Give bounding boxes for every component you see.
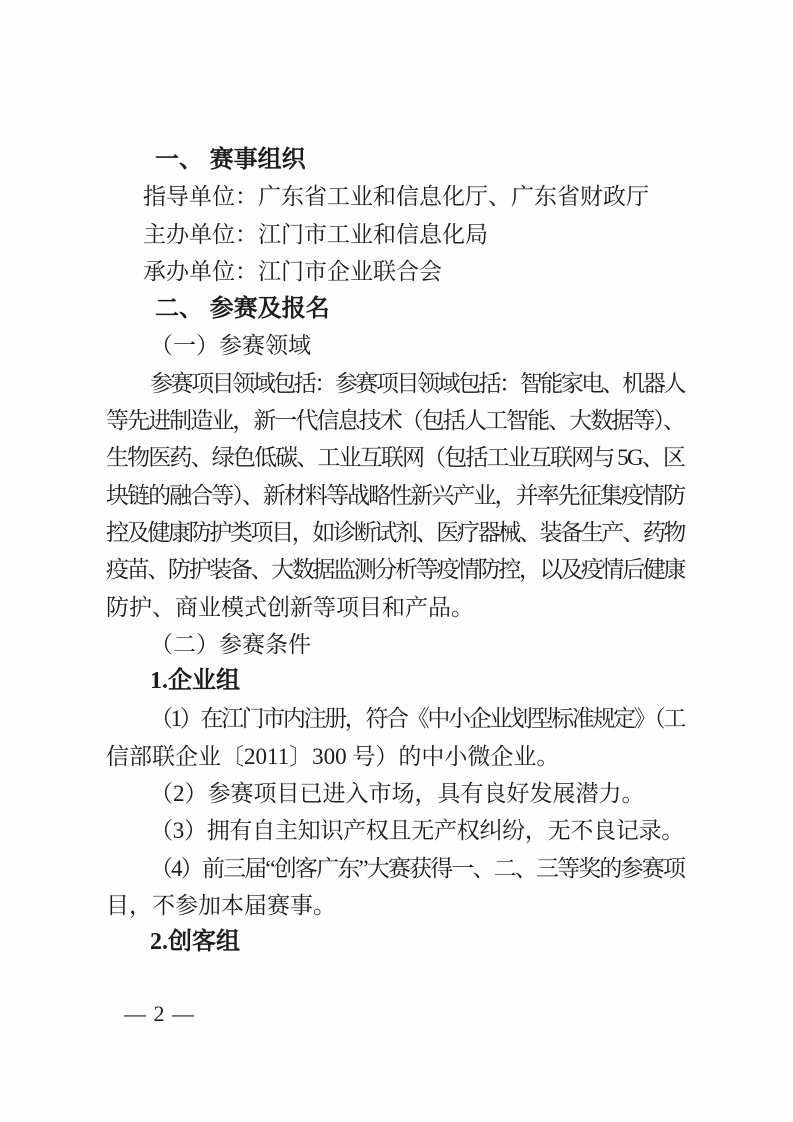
text-line-content: 控及健康防护类项目，如诊断试剂、医疗器械、装备生产、药物: [106, 514, 684, 551]
heading-text: 二、 参赛及报名: [155, 290, 330, 327]
guiding-unit-line: 指导单位：广东省工业和信息化厅、广东省财政厅: [106, 178, 684, 215]
page-number: — 2 —: [124, 1000, 195, 1028]
text-line-content: （1）在江门市内注册，符合《中小企业划型标准规定》（工: [150, 700, 684, 737]
text-line-content: 块链的融合等）、新材料等战略性新兴产业，并率先征集疫情防: [106, 477, 684, 514]
text-line: 目，不参加本届赛事。: [106, 887, 684, 924]
text-line: 控及健康防护类项目，如诊断试剂、医疗器械、装备生产、药物: [106, 514, 684, 551]
heading-text: （一）参赛领域: [150, 327, 311, 364]
text-line: 等先进制造业，新一代信息技术（包括人工智能、大数据等）、: [106, 402, 684, 439]
text-line-content: 疫苗、防护装备、大数据监测分析等疫情防控，以及疫情后健康: [106, 551, 684, 588]
condition-item-1: （1）在江门市内注册，符合《中小企业划型标准规定》（工信部联企业〔2011〕30…: [106, 700, 684, 775]
text-line: 块链的融合等）、新材料等战略性新兴产业，并率先征集疫情防: [106, 477, 684, 514]
text-line: 防护、商业模式创新等项目和产品。: [106, 589, 684, 626]
heading-text: 指导单位：广东省工业和信息化厅、广东省财政厅: [143, 178, 649, 215]
text-line: 参赛项目领域包括：参赛项目领域包括：智能家电、机器人: [106, 365, 684, 402]
heading-text: 一、 赛事组织: [155, 141, 306, 178]
text-line: （1）在江门市内注册，符合《中小企业划型标准规定》（工: [106, 700, 684, 737]
text-line: 生物医药、绿色低碳、工业互联网（包括工业互联网与 5G、区: [106, 439, 684, 476]
document-content: 一、 赛事组织指导单位：广东省工业和信息化厅、广东省财政厅主办单位：江门市工业和…: [106, 141, 684, 962]
text-line: （4）前三届“创客广东”大赛获得一、二、三等奖的参赛项: [106, 850, 684, 887]
text-line: （2）参赛项目已进入市场，具有良好发展潜力。: [106, 775, 684, 812]
heading-text: 承办单位：江门市企业联合会: [143, 253, 442, 290]
heading-text: 1.企业组: [150, 663, 240, 700]
text-line-content: 信部联企业〔2011〕300 号）的中小微企业。: [106, 738, 559, 775]
text-line-content: 目，不参加本届赛事。: [106, 887, 336, 924]
host-unit-line: 主办单位：江门市工业和信息化局: [106, 216, 684, 253]
document-page: 一、 赛事组织指导单位：广东省工业和信息化厅、广东省财政厅主办单位：江门市工业和…: [0, 0, 793, 1122]
text-line-content: 生物医药、绿色低碳、工业互联网（包括工业互联网与 5G、区: [106, 439, 684, 476]
fields-paragraph: 参赛项目领域包括：参赛项目领域包括：智能家电、机器人等先进制造业，新一代信息技术…: [106, 365, 684, 626]
text-line-content: （4）前三届“创客广东”大赛获得一、二、三等奖的参赛项: [150, 850, 684, 887]
section-heading-2: 二、 参赛及报名: [106, 290, 684, 327]
heading-text: （二）参赛条件: [150, 626, 311, 663]
sub-heading-fields: （一）参赛领域: [106, 327, 684, 364]
heading-text: 主办单位：江门市工业和信息化局: [143, 216, 488, 253]
condition-item-2: （2）参赛项目已进入市场，具有良好发展潜力。: [106, 775, 684, 812]
condition-item-3: （3）拥有自主知识产权且无产权纠纷，无不良记录。: [106, 812, 684, 849]
condition-item-4: （4）前三届“创客广东”大赛获得一、二、三等奖的参赛项目，不参加本届赛事。: [106, 850, 684, 925]
group-heading-enterprise: 1.企业组: [106, 663, 684, 700]
sub-heading-conditions: （二）参赛条件: [106, 626, 684, 663]
organizer-unit-line: 承办单位：江门市企业联合会: [106, 253, 684, 290]
text-line-content: 等先进制造业，新一代信息技术（包括人工智能、大数据等）、: [106, 402, 684, 439]
section-heading-1: 一、 赛事组织: [106, 141, 684, 178]
text-line: 疫苗、防护装备、大数据监测分析等疫情防控，以及疫情后健康: [106, 551, 684, 588]
text-line-content: 防护、商业模式创新等项目和产品。: [106, 589, 474, 626]
text-line: （3）拥有自主知识产权且无产权纠纷，无不良记录。: [106, 812, 684, 849]
text-line-content: （3）拥有自主知识产权且无产权纠纷，无不良记录。: [150, 812, 684, 849]
heading-text: 2.创客组: [150, 924, 240, 961]
group-heading-maker: 2.创客组: [106, 924, 684, 961]
text-line: 信部联企业〔2011〕300 号）的中小微企业。: [106, 738, 684, 775]
text-line-content: （2）参赛项目已进入市场，具有良好发展潜力。: [150, 775, 645, 812]
text-line-content: 参赛项目领域包括：参赛项目领域包括：智能家电、机器人: [150, 365, 684, 402]
